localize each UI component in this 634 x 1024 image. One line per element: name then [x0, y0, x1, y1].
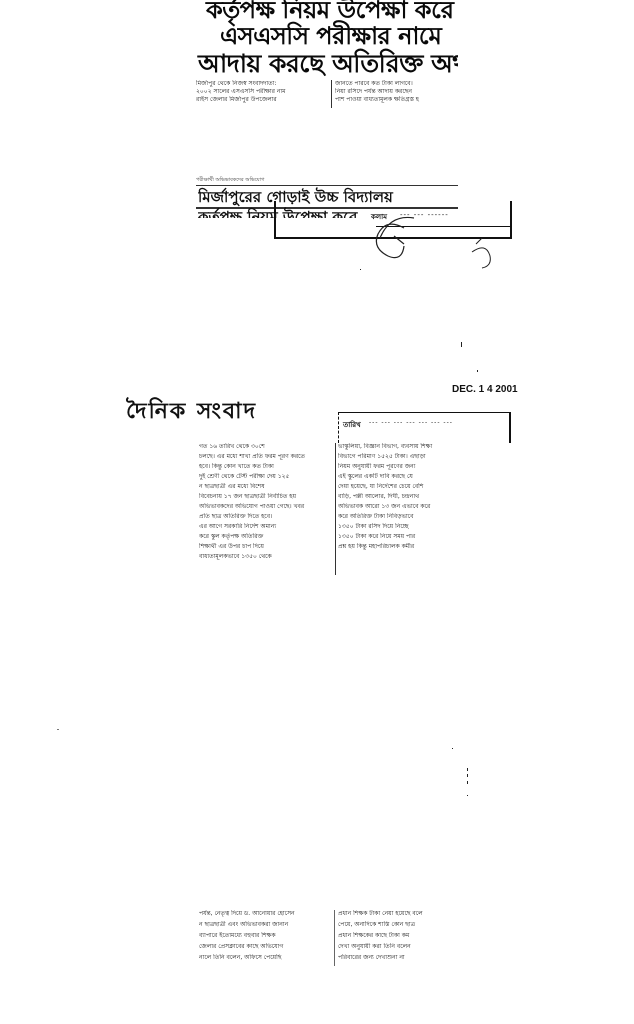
- text-line: পেয়ে, অনাদিকে শাস্তি কোন ছাত্র: [338, 921, 461, 929]
- scan-speck: [360, 269, 361, 270]
- scan-speck: [57, 729, 59, 730]
- text-line: ব্যাপারে ইতোমধ্যে বহুবার শিক্ষক: [199, 932, 331, 940]
- text-line: বাড়ি, পল্লী আলোর, দিঘী, চন্দ্রনাথ: [338, 493, 461, 501]
- scan-speck: [461, 342, 462, 347]
- scan-speck: [452, 748, 453, 749]
- column-divider: [334, 910, 335, 966]
- scan-speck: [467, 795, 468, 796]
- date-stamp: DEC. 1 4 2001: [452, 384, 518, 395]
- scan-speck: [477, 370, 478, 372]
- text-line: রাইস জেলার মির্জাপুর উপজেলার: [196, 96, 328, 104]
- column-divider: [335, 443, 336, 575]
- column-divider: [331, 80, 332, 108]
- text-line: দুই শ্রেণী থেকে টেস্ট পরীক্ষা দেয় ১২৫: [199, 473, 333, 481]
- text-line: করে স্কুল কর্তৃপক্ষ অতিরিক্ত: [199, 533, 333, 541]
- article-body: গত ১৬ তারিখ থেকে ৩০শে চলছে। এর মধ্যে শাখ…: [199, 443, 461, 575]
- clipping-middle: পরীক্ষার্থী অভিভাবকদের অভিযোগ মির্জাপুরে…: [196, 176, 516, 276]
- newspaper-masthead: দৈনিক সংবাদ: [126, 394, 257, 431]
- text-line: হবে। কিন্তু কোন খাতে কত টাকা: [199, 463, 333, 471]
- clipping-bottom: পর্যন্ত, নেতৃত্ব দিয়ে ড. আনোয়ার হোসেন …: [199, 910, 461, 968]
- text-line: জানতে পারবে কত টাকা লাগবে।: [335, 80, 458, 88]
- date-box: তারিখ --- --- --- --- --- --- ---: [338, 412, 511, 443]
- text-line: ন ছাত্রছাত্রী এর মধ্যে বিশেষ: [199, 483, 333, 491]
- text-line: নিয়ম অনুযায়ী ফরম পূরণের জন্য: [338, 463, 461, 471]
- date-box-label: তারিখ: [343, 419, 361, 431]
- text-line: প্রধান শিক্ষকের কাছে টাকা কম: [338, 932, 461, 940]
- text-line: দেয়া হয়েছে, যা নির্দেশের চেয়ে বেশি: [338, 483, 461, 491]
- text-line: করে অতিরিক্ত টাকা নিবিড়ভাবে: [338, 513, 461, 521]
- text-line: পর্যন্ত, নেতৃত্ব দিয়ে ড. আনোয়ার হোসেন: [199, 910, 331, 918]
- text-line: ন ছাত্রছাত্রী এবং অভিভাবকরা জানান: [199, 921, 331, 929]
- text-line: দেখা অনুযায়ী করা তিনি বলেন: [338, 943, 461, 951]
- text-line: প্রশ্ন হয় কিন্তু মহাপরিচালক কর্মীর: [338, 543, 461, 551]
- text-line: জেলার প্রেসক্লাবের কাছে অভিযোগ: [199, 943, 331, 951]
- column-left: পর্যন্ত, নেতৃত্ব দিয়ে ড. আনোয়ার হোসেন …: [199, 910, 331, 962]
- text-line: ২০০২ সালের এসএসসি পরীক্ষার নাম: [196, 88, 328, 96]
- text-line: গত ১৬ তারিখ থেকে ৩০শে: [199, 443, 333, 451]
- text-line: অভিভাবক আরো ১৩ জন এভাবে করে: [338, 503, 461, 511]
- text-line: পাশ পাওয়া বাধ্যতামূলক ক্ষতিগ্রস্ত হ: [335, 96, 458, 104]
- scan-speck: [467, 768, 468, 771]
- text-line: নালে তিনি বলেন, অফিসে পেয়েছি: [199, 954, 331, 962]
- text-line: ১৩৫০ টাকা করে নিয়ে সময় পার: [338, 533, 461, 541]
- text-line: ভাস্কুলিয়া, বিজ্ঞান বিভাগ, ব্যবসায় শিক…: [338, 443, 461, 451]
- column-left: মির্জাপুর থেকে নিজস্ব সংবাদদাতা: ২০০২ সা…: [196, 80, 328, 104]
- text-line: ১৩৫০ টাকা রসিদ দিয়ে নিচ্ছে: [338, 523, 461, 531]
- text-line: অভিভাবকদের অভিযোগ পাওয়া গেছে। খবর: [199, 503, 333, 511]
- text-line: চলছে। এর মধ্যে শাখা প্রতি ফরম পূরণ করতে: [199, 453, 333, 461]
- text-line: এর আগে সরকারি নির্দেশ অমান্য: [199, 523, 333, 531]
- text-line: শিক্ষার্থী এর উপর চাপ দিয়ে: [199, 543, 333, 551]
- date-box-dashes: --- --- --- --- --- --- ---: [369, 419, 453, 426]
- text-line: বিবেচনায় ১৭ জন ছাত্রছাত্রী নির্বাচিত হয…: [199, 493, 333, 501]
- text-line: প্রতি ছাত্র অতিরিক্ত দিতে হবে।: [199, 513, 333, 521]
- text-line: প্রধান শিক্ষক টাকা নেয়া হয়েছে বলে: [338, 910, 461, 918]
- text-line: বাধ্যতামূলকভাবে ১৩৫০ থেকে: [199, 553, 333, 561]
- text-line: মির্জাপুর থেকে নিজস্ব সংবাদদাতা:: [196, 80, 328, 88]
- column-right: প্রধান শিক্ষক টাকা নেয়া হয়েছে বলে পেয়…: [338, 910, 461, 962]
- handwritten-signature: [196, 176, 516, 276]
- text-line: এই স্কুলের একটি দাবি করছে যে: [338, 473, 461, 481]
- scan-speck: [467, 774, 468, 777]
- text-line: বিভাগে পরিমাণ ১৫২৫ টাকা। এছাড়া: [338, 453, 461, 461]
- masthead-title: দৈনিক সংবাদ: [126, 398, 257, 424]
- scan-speck: [467, 781, 468, 784]
- clipping-top: কর্তৃপক্ষ নিয়ম উপেক্ষা করে এসএসসি পরীক্…: [196, 0, 458, 112]
- column-right: জানতে পারবে কত টাকা লাগবে। নিয়া রসিদে প…: [335, 80, 458, 104]
- column-left: গত ১৬ তারিখ থেকে ৩০শে চলছে। এর মধ্যে শাখ…: [199, 443, 333, 561]
- text-line: পরিবারের জন্য দেখাশুনা না: [338, 954, 461, 962]
- text-line: নিয়া রসিদে পর্যন্ত আদায় করছেন: [335, 88, 458, 96]
- column-right: ভাস্কুলিয়া, বিজ্ঞান বিভাগ, ব্যবসায় শিক…: [338, 443, 461, 551]
